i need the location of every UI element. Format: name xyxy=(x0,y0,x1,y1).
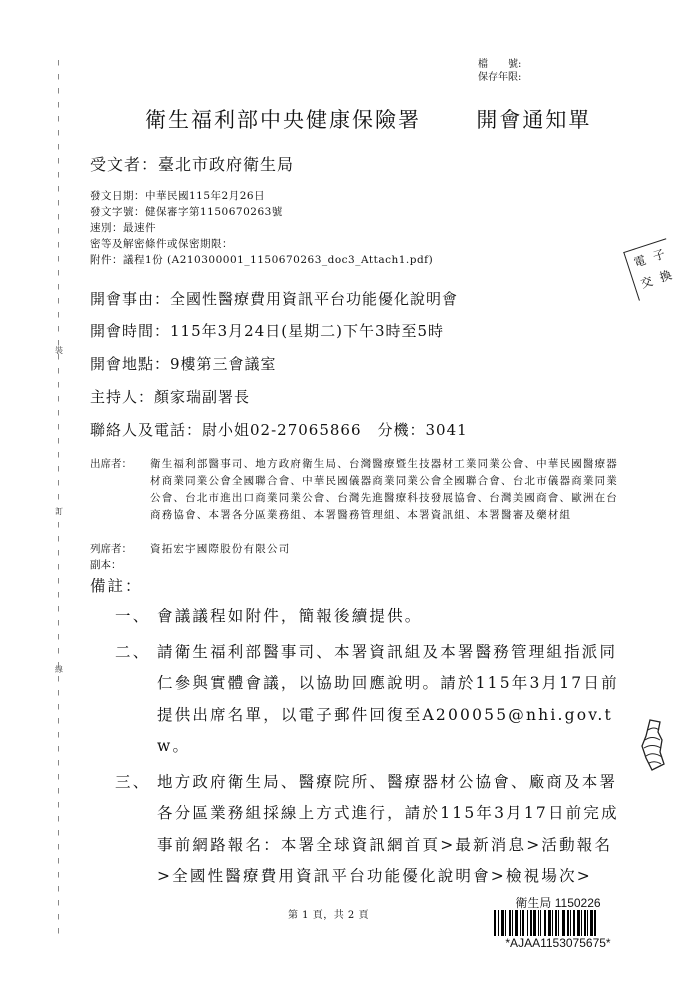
meeting-time: 開會時間：115年3月24日(星期二)下午3時至5時 xyxy=(90,320,444,341)
binding-line xyxy=(58,60,59,940)
issue-date: 發文日期：中華民國115年2月26日 xyxy=(90,188,433,204)
margin-mark-zhuang: 裝 xyxy=(55,345,63,356)
header-meta: 檔 號: 保存年限: xyxy=(478,58,521,84)
page-number: 第 1 頁，共 2 頁 xyxy=(288,906,369,921)
note-text: 請衛生福利部醫事司、本署資訊組及本署醫務管理組指派同仁參與實體會議，以協助回應說… xyxy=(157,637,627,763)
meeting-place: 開會地點：9樓第三會議室 xyxy=(90,353,277,374)
barcode-caption: 衛生局 1150226 xyxy=(494,896,622,910)
electronic-exchange-stamp: 電 子 交 換 xyxy=(623,238,682,300)
notes-list: 一、 會議議程如附件，簡報後續提供。 二、 請衛生福利部醫事司、本署資訊組及本署… xyxy=(115,601,635,893)
note-text: 會議議程如附件，簡報後續提供。 xyxy=(157,601,627,633)
observers-label: 列席者： xyxy=(90,541,132,556)
document-type: 開會通知單 xyxy=(476,108,591,132)
note-item: 三、 地方政府衛生局、醫療院所、醫療器材公協會、廠商及本署各分區業務組採線上方式… xyxy=(115,767,635,893)
note-item: 二、 請衛生福利部醫事司、本署資訊組及本署醫務管理組指派同仁參與實體會議，以協助… xyxy=(115,637,635,763)
barcode xyxy=(494,910,622,936)
file-number-label: 檔 號: xyxy=(478,58,521,71)
page-title: 衛生福利部中央健康保險署 開會通知單 xyxy=(145,104,591,134)
meeting-contact: 聯絡人及電話：尉小姐02-27065866 分機：3041 xyxy=(90,419,468,440)
meeting-host: 主持人：顏家瑞副署長 xyxy=(90,386,250,407)
meeting-reason: 開會事由：全國性醫療費用資訊平台功能優化說明會 xyxy=(90,288,458,309)
note-number: 一、 xyxy=(115,601,157,633)
observers-list: 資拓宏宇國際股份有限公司 xyxy=(150,541,290,558)
attachment-link[interactable]: 附件：議程1份 (A210300001_1150670263_doc3_Atta… xyxy=(90,252,433,268)
note-item: 一、 會議議程如附件，簡報後續提供。 xyxy=(115,601,635,633)
retention-label: 保存年限: xyxy=(478,71,521,84)
note-number: 二、 xyxy=(115,637,157,763)
cc-label: 副本： xyxy=(90,557,122,572)
barcode-block: 衛生局 1150226 *AJAA1153075675* xyxy=(494,896,622,950)
document-number: 發文字號：健保審字第1150670263號 xyxy=(90,204,433,220)
margin-mark-ding: 訂 xyxy=(55,506,63,517)
note-text: 地方政府衛生局、醫療院所、醫療器材公協會、廠商及本署各分區業務組採線上方式進行，… xyxy=(157,767,627,893)
notes-label: 備註： xyxy=(90,574,143,596)
urgency: 速別：最速件 xyxy=(90,220,433,236)
security-level: 密等及解密條件或保密期限： xyxy=(90,236,433,252)
note-number: 三、 xyxy=(115,767,157,893)
attendees-label: 出席者： xyxy=(90,456,132,471)
document-meta: 發文日期：中華民國115年2月26日 發文字號：健保審字第1150670263號… xyxy=(90,188,433,268)
barcode-number: *AJAA1153075675* xyxy=(494,936,622,950)
recipient: 受文者：臺北市政府衛生局 xyxy=(90,152,294,175)
agency-name: 衛生福利部中央健康保險署 xyxy=(145,108,421,132)
margin-mark-xian: 線 xyxy=(55,664,63,675)
seal-mark xyxy=(640,718,668,773)
attendees-list: 衛生福利部醫事司、地方政府衛生局、台灣醫療暨生技器材工業同業公會、中華民國醫療器… xyxy=(150,456,618,524)
